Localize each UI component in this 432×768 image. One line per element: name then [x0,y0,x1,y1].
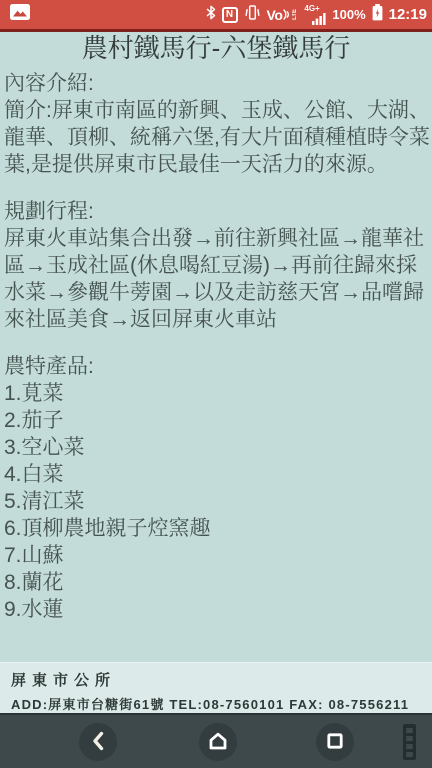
bluetooth-icon [206,5,216,25]
product-item: 3.空心菜 [4,434,430,461]
recents-icon [326,732,344,753]
nfc-icon: N [222,7,238,23]
phone-screen: N Vo LTE 4G+ [0,0,432,768]
products-section: 農特產品: 1.莧菜 2.茄子 3.空心菜 4.白菜 5.清江菜 6.頂柳農地親… [4,353,430,623]
status-bar: N Vo LTE 4G+ [0,0,432,29]
back-icon [90,730,106,755]
status-bar-notifications [10,4,30,25]
product-item: 4.白菜 [4,461,430,488]
product-item: 9.水蓮 [4,596,430,623]
back-button[interactable] [79,723,117,761]
product-item: 6.頂柳農地親子焢窯趣 [4,515,430,542]
vibrate-icon [244,5,261,25]
screenshot-notification-icon [10,4,30,25]
product-item: 5.清江菜 [4,488,430,515]
navigation-bar [0,713,432,768]
plan-heading: 規劃行程: [4,198,430,225]
products-heading: 農特產品: [4,353,430,380]
film-strip-icon[interactable] [402,723,417,766]
intro-section: 內容介紹: 簡介:屏東市南區的新興、玉成、公館、大湖、龍華、頂柳、統稱六堡,有大… [4,70,430,178]
organization-name: 屏東市公所 [11,669,424,690]
product-item: 8.蘭花 [4,569,430,596]
clock: 12:19 [389,6,427,23]
contact-info: ADD:屏東市台糖街61號 TEL:08-7560101 FAX: 08-755… [11,694,424,713]
intro-text: 簡介:屏東市南區的新興、玉成、公館、大湖、龍華、頂柳、統稱六堡,有大片面積種植時… [4,97,430,178]
plan-section: 規劃行程: 屏東火車站集合出發→前往新興社區→龍華社區→玉成社區(休息喝紅豆湯)… [4,198,430,333]
product-item: 2.茄子 [4,407,430,434]
product-item: 7.山蘇 [4,542,430,569]
page-title: 農村鐵馬行-六堡鐵馬行 [0,32,432,66]
battery-charging-icon [372,4,383,26]
intro-heading: 內容介紹: [4,70,430,97]
home-icon [207,731,229,754]
plan-text: 屏東火車站集合出發→前往新興社區→龍華社區→玉成社區(休息喝紅豆湯)→再前往歸來… [4,225,430,333]
signal-strength-icon: 4G+ [304,5,326,25]
recents-button[interactable] [316,723,354,761]
status-bar-indicators: N Vo LTE 4G+ [206,4,427,26]
footer: 屏東市公所 ADD:屏東市台糖街61號 TEL:08-7560101 FAX: … [0,662,432,713]
battery-percentage: 100% [332,7,365,22]
volte-icon: Vo LTE [267,7,299,23]
home-button[interactable] [199,723,237,761]
product-item: 1.莧菜 [4,380,430,407]
content-area: 內容介紹: 簡介:屏東市南區的新興、玉成、公館、大湖、龍華、頂柳、統稱六堡,有大… [0,66,432,662]
